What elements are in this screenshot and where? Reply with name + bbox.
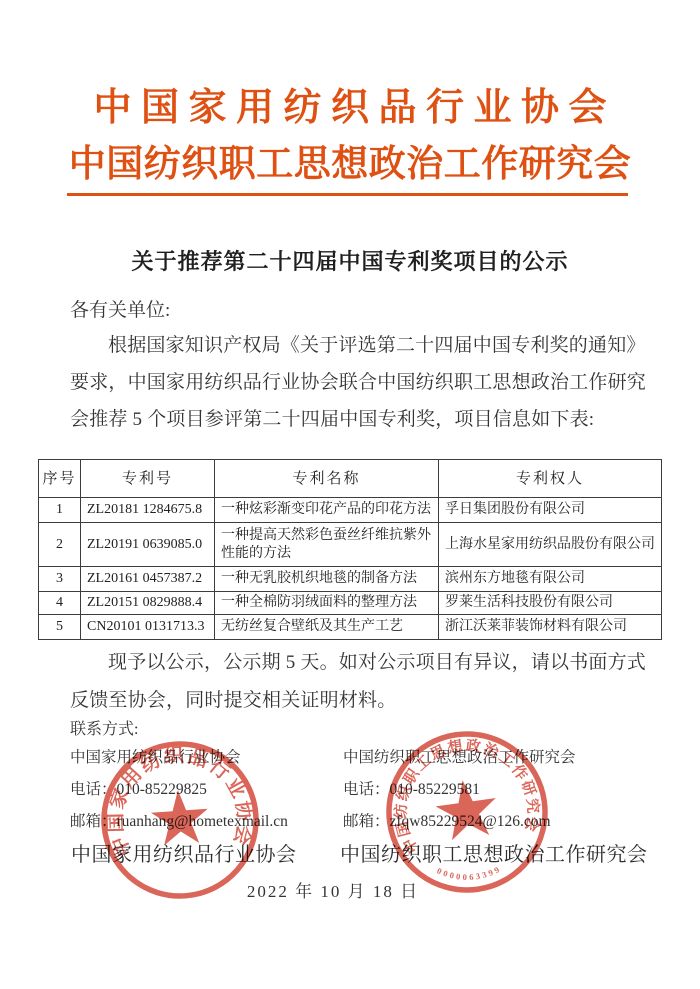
official-seal-left: 中国家用纺织品行业协会 [89, 729, 270, 910]
col-header-patent-name: 专利名称 [215, 460, 439, 498]
cell-patentee: 浙江沃莱菲装饰材料有限公司 [439, 615, 662, 640]
cell-patent-name: 一种炫彩渐变印花产品的印花方法 [215, 498, 439, 523]
document-page: 中国家用纺织品行业协会 中国纺织职工思想政治工作研究会 关于推荐第二十四届中国专… [0, 0, 700, 989]
document-title: 关于推荐第二十四届中国专利奖项目的公示 [0, 245, 700, 276]
table-row: 3 ZL20161 0457387.2 一种无乳胶机织地毯的制备方法 滨州东方地… [39, 567, 662, 592]
col-header-patentee: 专利权人 [439, 460, 662, 498]
star-icon [149, 788, 210, 846]
star-icon [432, 776, 500, 842]
table-row: 5 CN20101 0131713.3 无纺丝复合壁纸及其生产工艺 浙江沃莱菲装… [39, 615, 662, 640]
cell-patentee: 孚日集团股份有限公司 [439, 498, 662, 523]
cell-index: 2 [39, 523, 81, 567]
salutation: 各有关单位: [70, 295, 170, 322]
table-header-row: 序号 专利号 专利名称 专利权人 [39, 460, 662, 498]
paragraph-line: 要求，中国家用纺织品行业协会联合中国纺织职工思想政治工作研究 [70, 364, 635, 401]
cell-index: 1 [39, 498, 81, 523]
paragraph-line: 反馈至协会，同时提交相关证明材料。 [70, 682, 635, 720]
paragraph-line: 现予以公示，公示期 5 天。如对公示项目有异议，请以书面方式 [70, 644, 635, 682]
svg-text:0000063399: 0000063399 [434, 857, 504, 887]
letterhead-line1: 中国家用纺织品行业协会 [0, 76, 700, 131]
cell-patentee: 上海水星家用纺织品股份有限公司 [439, 523, 662, 567]
cell-patent-name: 无纺丝复合壁纸及其生产工艺 [215, 615, 439, 640]
col-header-patent-no: 专利号 [81, 460, 215, 498]
patent-table: 序号 专利号 专利名称 专利权人 1 ZL20181 1284675.8 一种炫… [38, 459, 662, 640]
cell-patent-no: ZL20151 0829888.4 [81, 592, 215, 615]
cell-patent-no: ZL20191 0639085.0 [81, 523, 215, 567]
cell-patent-name: 一种全棉防羽绒面料的整理方法 [215, 592, 439, 615]
seal-number: 0000063399 [434, 857, 504, 887]
cell-index: 5 [39, 615, 81, 640]
table-row: 4 ZL20151 0829888.4 一种全棉防羽绒面料的整理方法 罗莱生活科… [39, 592, 662, 615]
cell-patent-no: CN20101 0131713.3 [81, 615, 215, 640]
cell-index: 3 [39, 567, 81, 592]
letterhead-line2: 中国纺织职工思想政治工作研究会 [0, 133, 700, 187]
paragraph-line: 根据国家知识产权局《关于评选第二十四届中国专利奖的通知》 [70, 327, 635, 364]
paragraph-line: 会推荐 5 个项目参评第二十四届中国专利奖，项目信息如下表: [70, 401, 635, 438]
cell-patent-no: ZL20181 1284675.8 [81, 498, 215, 523]
cell-patentee: 滨州东方地毯有限公司 [439, 567, 662, 592]
cell-patent-no: ZL20161 0457387.2 [81, 567, 215, 592]
cell-patent-name: 一种无乳胶机织地毯的制备方法 [215, 567, 439, 592]
cell-patent-name: 一种提高天然彩色蚕丝纤维抗紫外性能的方法 [215, 523, 439, 567]
official-seal-right: 中国纺织职工思想政治工作研究会 0000063399 [371, 716, 563, 908]
intro-paragraph: 根据国家知识产权局《关于评选第二十四届中国专利奖的通知》 要求，中国家用纺织品行… [70, 327, 635, 438]
closing-paragraph: 现予以公示，公示期 5 天。如对公示项目有异议，请以书面方式 反馈至协会，同时提… [70, 644, 635, 720]
cell-index: 4 [39, 592, 81, 615]
col-header-index: 序号 [39, 460, 81, 498]
letterhead-divider [67, 193, 628, 196]
cell-patentee: 罗莱生活科技股份有限公司 [439, 592, 662, 615]
contact-heading: 联系方式: [70, 716, 138, 739]
table-row: 1 ZL20181 1284675.8 一种炫彩渐变印花产品的印花方法 孚日集团… [39, 498, 662, 523]
table-row: 2 ZL20191 0639085.0 一种提高天然彩色蚕丝纤维抗紫外性能的方法… [39, 523, 662, 567]
